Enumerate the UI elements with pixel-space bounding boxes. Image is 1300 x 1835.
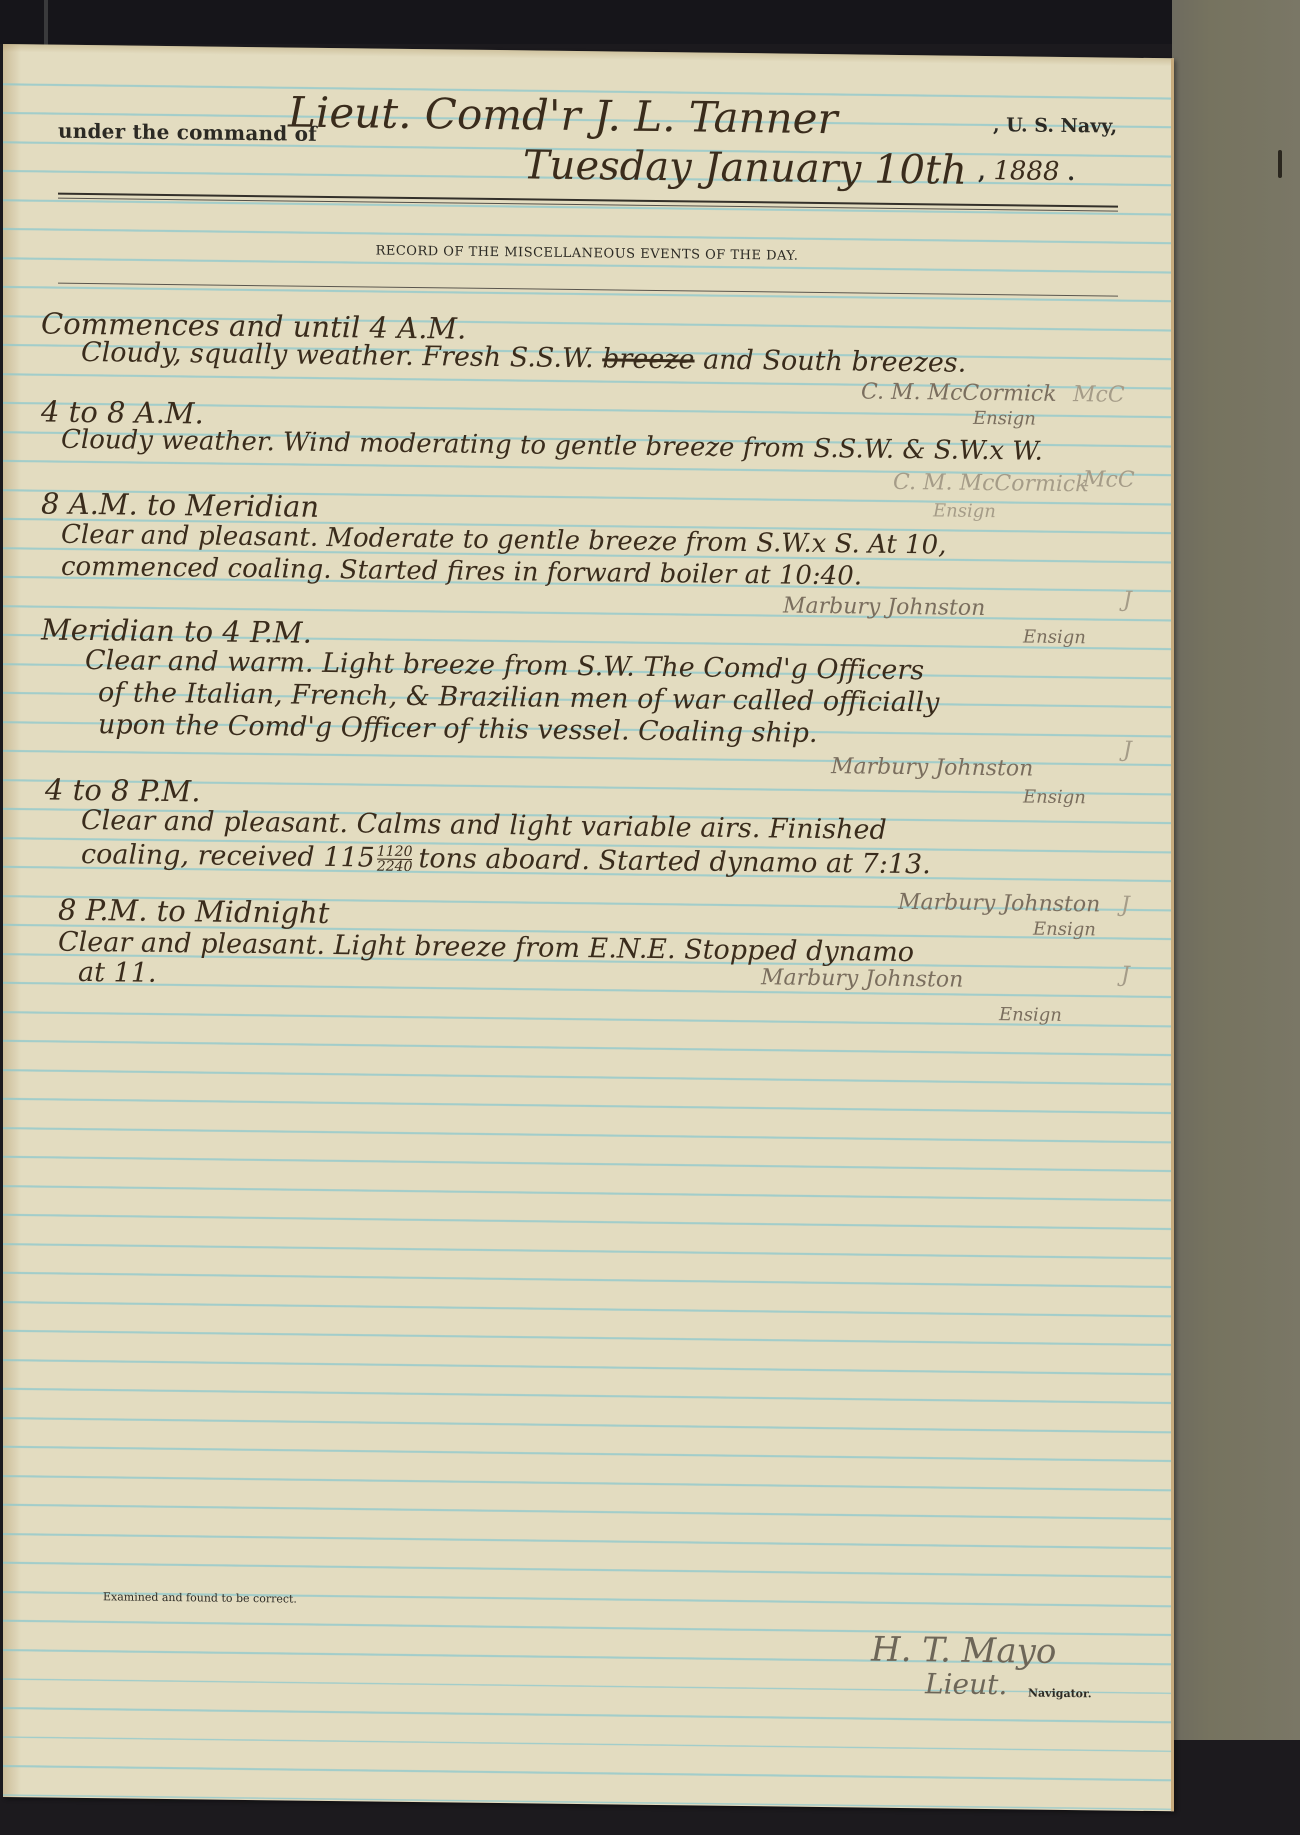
margin-initials: McC — [1083, 467, 1135, 493]
year-prefix: , — [978, 159, 986, 185]
officer-rank: Ensign — [1033, 919, 1096, 941]
command-label: under the command of — [58, 119, 317, 146]
margin-initials: J — [1123, 738, 1132, 763]
officer-rank: Ensign — [933, 500, 996, 522]
backdrop-top — [0, 0, 1300, 44]
section-rule — [58, 283, 1118, 297]
margin-initials: J — [1123, 588, 1132, 613]
watch-period: 4 to 8 P.M. — [45, 773, 200, 809]
officer-rank: Ensign — [1023, 626, 1086, 648]
logbook-page: under the command of Lieut. Comd'r J. L.… — [3, 44, 1174, 1811]
watch-entry-line: coaling, received 11511202240tons aboard… — [81, 839, 931, 880]
watch-period: Meridian to 4 P.M. — [41, 612, 312, 649]
officer-signature: Marbury Johnston — [831, 754, 1033, 781]
officer-signature: C. M. McCormick — [861, 379, 1057, 406]
year-suffix: . — [1067, 160, 1075, 186]
section-title: RECORD OF THE MISCELLANEOUS EVENTS OF TH… — [3, 239, 1171, 268]
entry-text: Cloudy, squally weather. Fresh S.S.W. — [81, 337, 594, 374]
officer-signature: Marbury Johnston — [898, 890, 1100, 917]
officer-rank: Ensign — [973, 408, 1036, 430]
watch-entry-line: at 11. — [78, 957, 156, 989]
cover-mark — [1278, 150, 1282, 178]
navigator-label: Navigator. — [1028, 1687, 1092, 1701]
margin-initials: J — [1121, 893, 1130, 918]
log-date: Tuesday January 10th — [523, 142, 967, 193]
watch-period: 8 A.M. to Meridian — [41, 486, 319, 523]
officer-signature: Marbury Johnston — [783, 594, 985, 621]
header-double-rule — [58, 193, 1118, 212]
service-label: , U. S. Navy, — [993, 114, 1117, 138]
officer-rank: Ensign — [1023, 786, 1086, 808]
margin-initials: J — [1121, 963, 1130, 988]
fraction-denominator: 2240 — [377, 860, 413, 874]
entry-text: tons aboard. Started dynamo at 7:13. — [418, 843, 930, 880]
entry-text: and South breezes. — [703, 345, 966, 379]
margin-initials: McC — [1073, 382, 1125, 408]
entry-text: coaling, received 115 — [81, 839, 375, 874]
struck-text: breeze — [602, 343, 694, 375]
log-year: 1888 — [993, 156, 1059, 187]
watch-entry-line: Cloudy weather. Wind moderating to gentl… — [61, 425, 1043, 467]
book-cover-edge — [1172, 0, 1300, 1740]
watch-entry-line: Clear and pleasant. Light breeze from E.… — [58, 927, 914, 968]
officer-rank: Ensign — [999, 1004, 1062, 1026]
binding-edge — [44, 0, 48, 46]
navigator-signature: H. T. Mayo — [871, 1630, 1056, 1672]
tonnage-fraction: 11202240 — [377, 845, 413, 874]
officer-signature: Marbury Johnston — [761, 965, 963, 992]
navigator-rank: Lieut. — [925, 1667, 1007, 1701]
commander-name: Lieut. Comd'r J. L. Tanner — [288, 87, 838, 143]
watch-entry-line: Cloudy, squally weather. Fresh S.S.W. br… — [81, 337, 966, 379]
officer-signature: C. M. McCormick — [893, 470, 1089, 497]
log-year-line: , 1888 . — [978, 156, 1075, 187]
watch-period: 8 P.M. to Midnight — [58, 893, 329, 930]
examined-label: Examined and found to be correct. — [103, 1590, 297, 1605]
